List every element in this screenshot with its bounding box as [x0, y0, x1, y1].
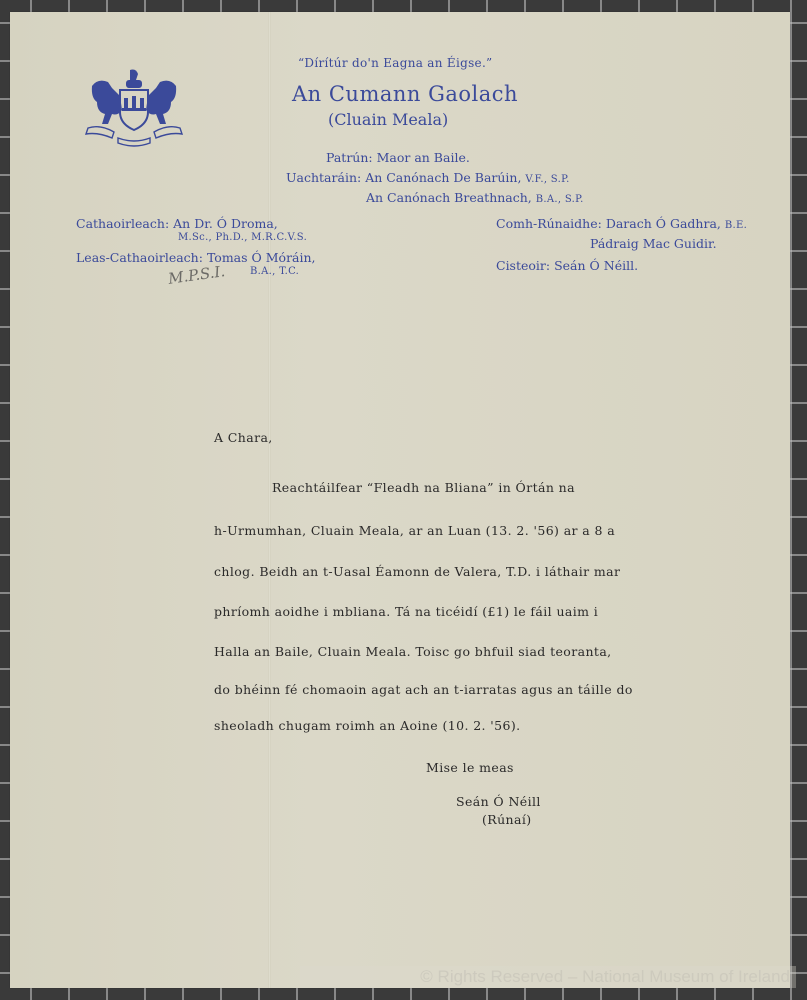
treasurer-label: Cisteoir:: [496, 258, 550, 273]
patron-label: Patrún:: [326, 150, 373, 165]
vice-chairman-quals: B.A., T.C.: [250, 266, 299, 277]
joint-secretaries-line-1: Comh-Rúnaidhe: Darach Ó Gadhra, B.E.: [496, 216, 747, 231]
presidents-label: Uachtaráin:: [286, 170, 361, 185]
fold-crease: [268, 12, 271, 988]
body-line-6: do bhéinn fé chomaoin agat ach an t-iarr…: [214, 682, 633, 697]
president-name: An Canónach Breathnach,: [366, 190, 532, 205]
joint-secretaries-line-2: Pádraig Mac Guidir.: [590, 236, 717, 251]
body-line-7: sheoladh chugam roimh an Aoine (10. 2. '…: [214, 718, 521, 733]
body-line-2: h-Urmumhan, Cluain Meala, ar an Luan (13…: [214, 523, 615, 538]
signature-title: (Rúnaí): [482, 812, 532, 827]
body-line-5: Halla an Baile, Cluain Meala. Toisc go b…: [214, 644, 612, 659]
presidents-line-1: Uachtaráin: An Canónach De Barúin, V.F.,…: [286, 170, 570, 185]
president-name: An Canónach De Barúin,: [365, 170, 521, 185]
chairman-line: Cathaoirleach: An Dr. Ó Droma,: [76, 216, 278, 231]
joint-secretary-quals: B.E.: [725, 220, 747, 231]
chairman-label: Cathaoirleach:: [76, 216, 169, 231]
vice-chairman-label: Leas-Cathaoirleach:: [76, 250, 203, 265]
presidents-line-2: An Canónach Breathnach, B.A., S.P.: [366, 190, 584, 205]
body-line-3: chlog. Beidh an t-Uasal Éamonn de Valera…: [214, 564, 620, 579]
chairman-name: An Dr. Ó Droma,: [173, 216, 278, 231]
president-quals: B.A., S.P.: [536, 194, 584, 205]
patron-value: Maor an Baile.: [377, 150, 470, 165]
copyright-watermark: © Rights Reserved – National Museum of I…: [300, 966, 796, 988]
pencil-annotation: M.P.S.I.: [167, 262, 226, 288]
chairman-quals: M.Sc., Ph.D., M.R.C.V.S.: [178, 232, 307, 243]
organisation-place: (Cluain Meala): [328, 110, 448, 129]
organisation-name: An Cumann Gaolach: [292, 82, 518, 106]
body-line-1: Reachtáilfear “Fleadh na Bliana” in Órtá…: [272, 480, 575, 495]
president-quals: V.F., S.P.: [525, 174, 569, 185]
treasurer-name: Seán Ó Néill.: [554, 258, 638, 273]
coat-of-arms-icon: [82, 68, 186, 148]
motto: “Dírítúr do'n Eagna an Éigse.”: [298, 56, 493, 70]
vice-chairman-line: Leas-Cathaoirleach: Tomas Ó Móráin,: [76, 250, 316, 265]
joint-secretary-name: Darach Ó Gadhra,: [606, 216, 721, 231]
letter-page: “Dírítúr do'n Eagna an Éigse.” An Cumann…: [10, 12, 790, 988]
signature-name: Seán Ó Néill: [456, 794, 541, 809]
patron-line: Patrún: Maor an Baile.: [326, 150, 470, 165]
body-line-4: phríomh aoidhe i mbliana. Tá na ticéidí …: [214, 604, 598, 619]
joint-secretaries-label: Comh-Rúnaidhe:: [496, 216, 602, 231]
salutation: A Chara,: [214, 430, 273, 445]
treasurer-line: Cisteoir: Seán Ó Néill.: [496, 258, 638, 273]
closing: Mise le meas: [426, 760, 514, 775]
